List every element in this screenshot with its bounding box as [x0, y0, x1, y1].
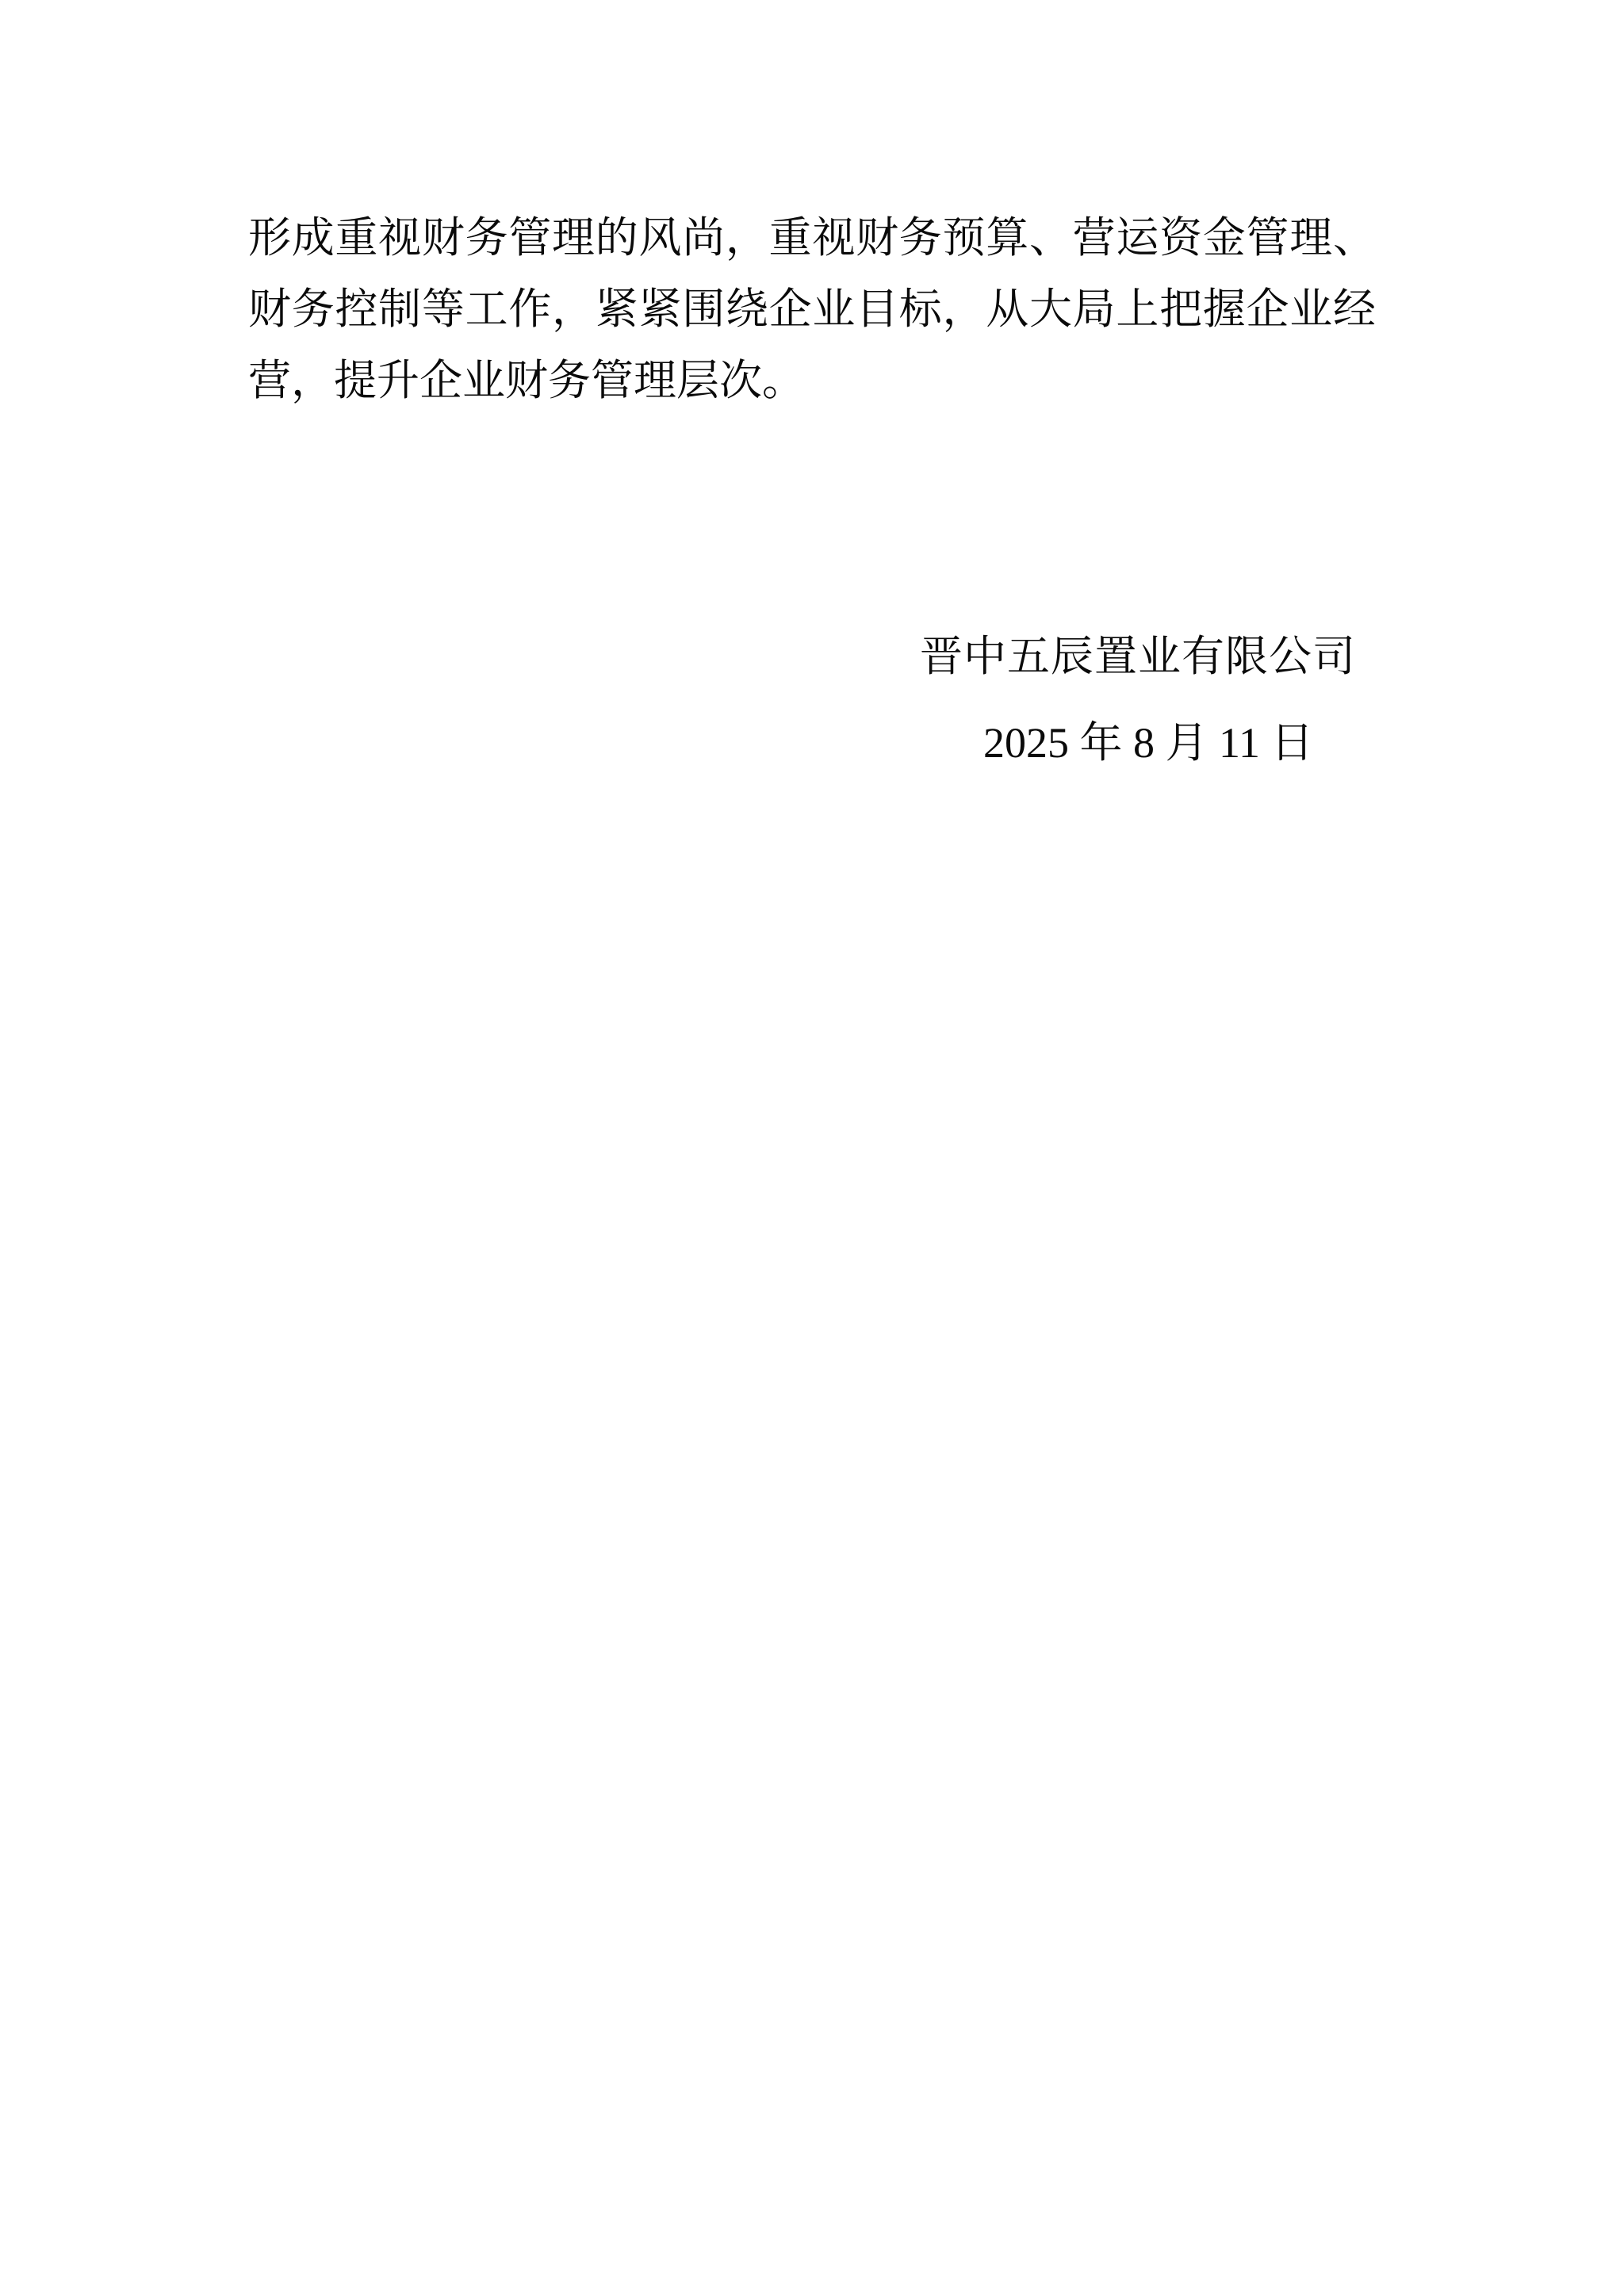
company-signature: 晋中五辰置业有限公司	[920, 621, 1356, 692]
body-paragraph: 形成重视财务管理的风尚，重视财务预算、营运资金管理、 财务控制等工作，紧紧围绕企…	[248, 202, 1376, 416]
document-page: 形成重视财务管理的风尚，重视财务预算、营运资金管理、 财务控制等工作，紧紧围绕企…	[0, 0, 1624, 2296]
body-paragraph-line-3: 营，提升企业财务管理层次。	[248, 345, 1376, 416]
body-paragraph-line-1: 形成重视财务管理的风尚，重视财务预算、营运资金管理、	[248, 202, 1376, 274]
document-date: 2025 年 8 月 11 日	[983, 707, 1314, 779]
body-paragraph-line-2: 财务控制等工作，紧紧围绕企业目标，从大局上把握企业经	[248, 274, 1376, 345]
